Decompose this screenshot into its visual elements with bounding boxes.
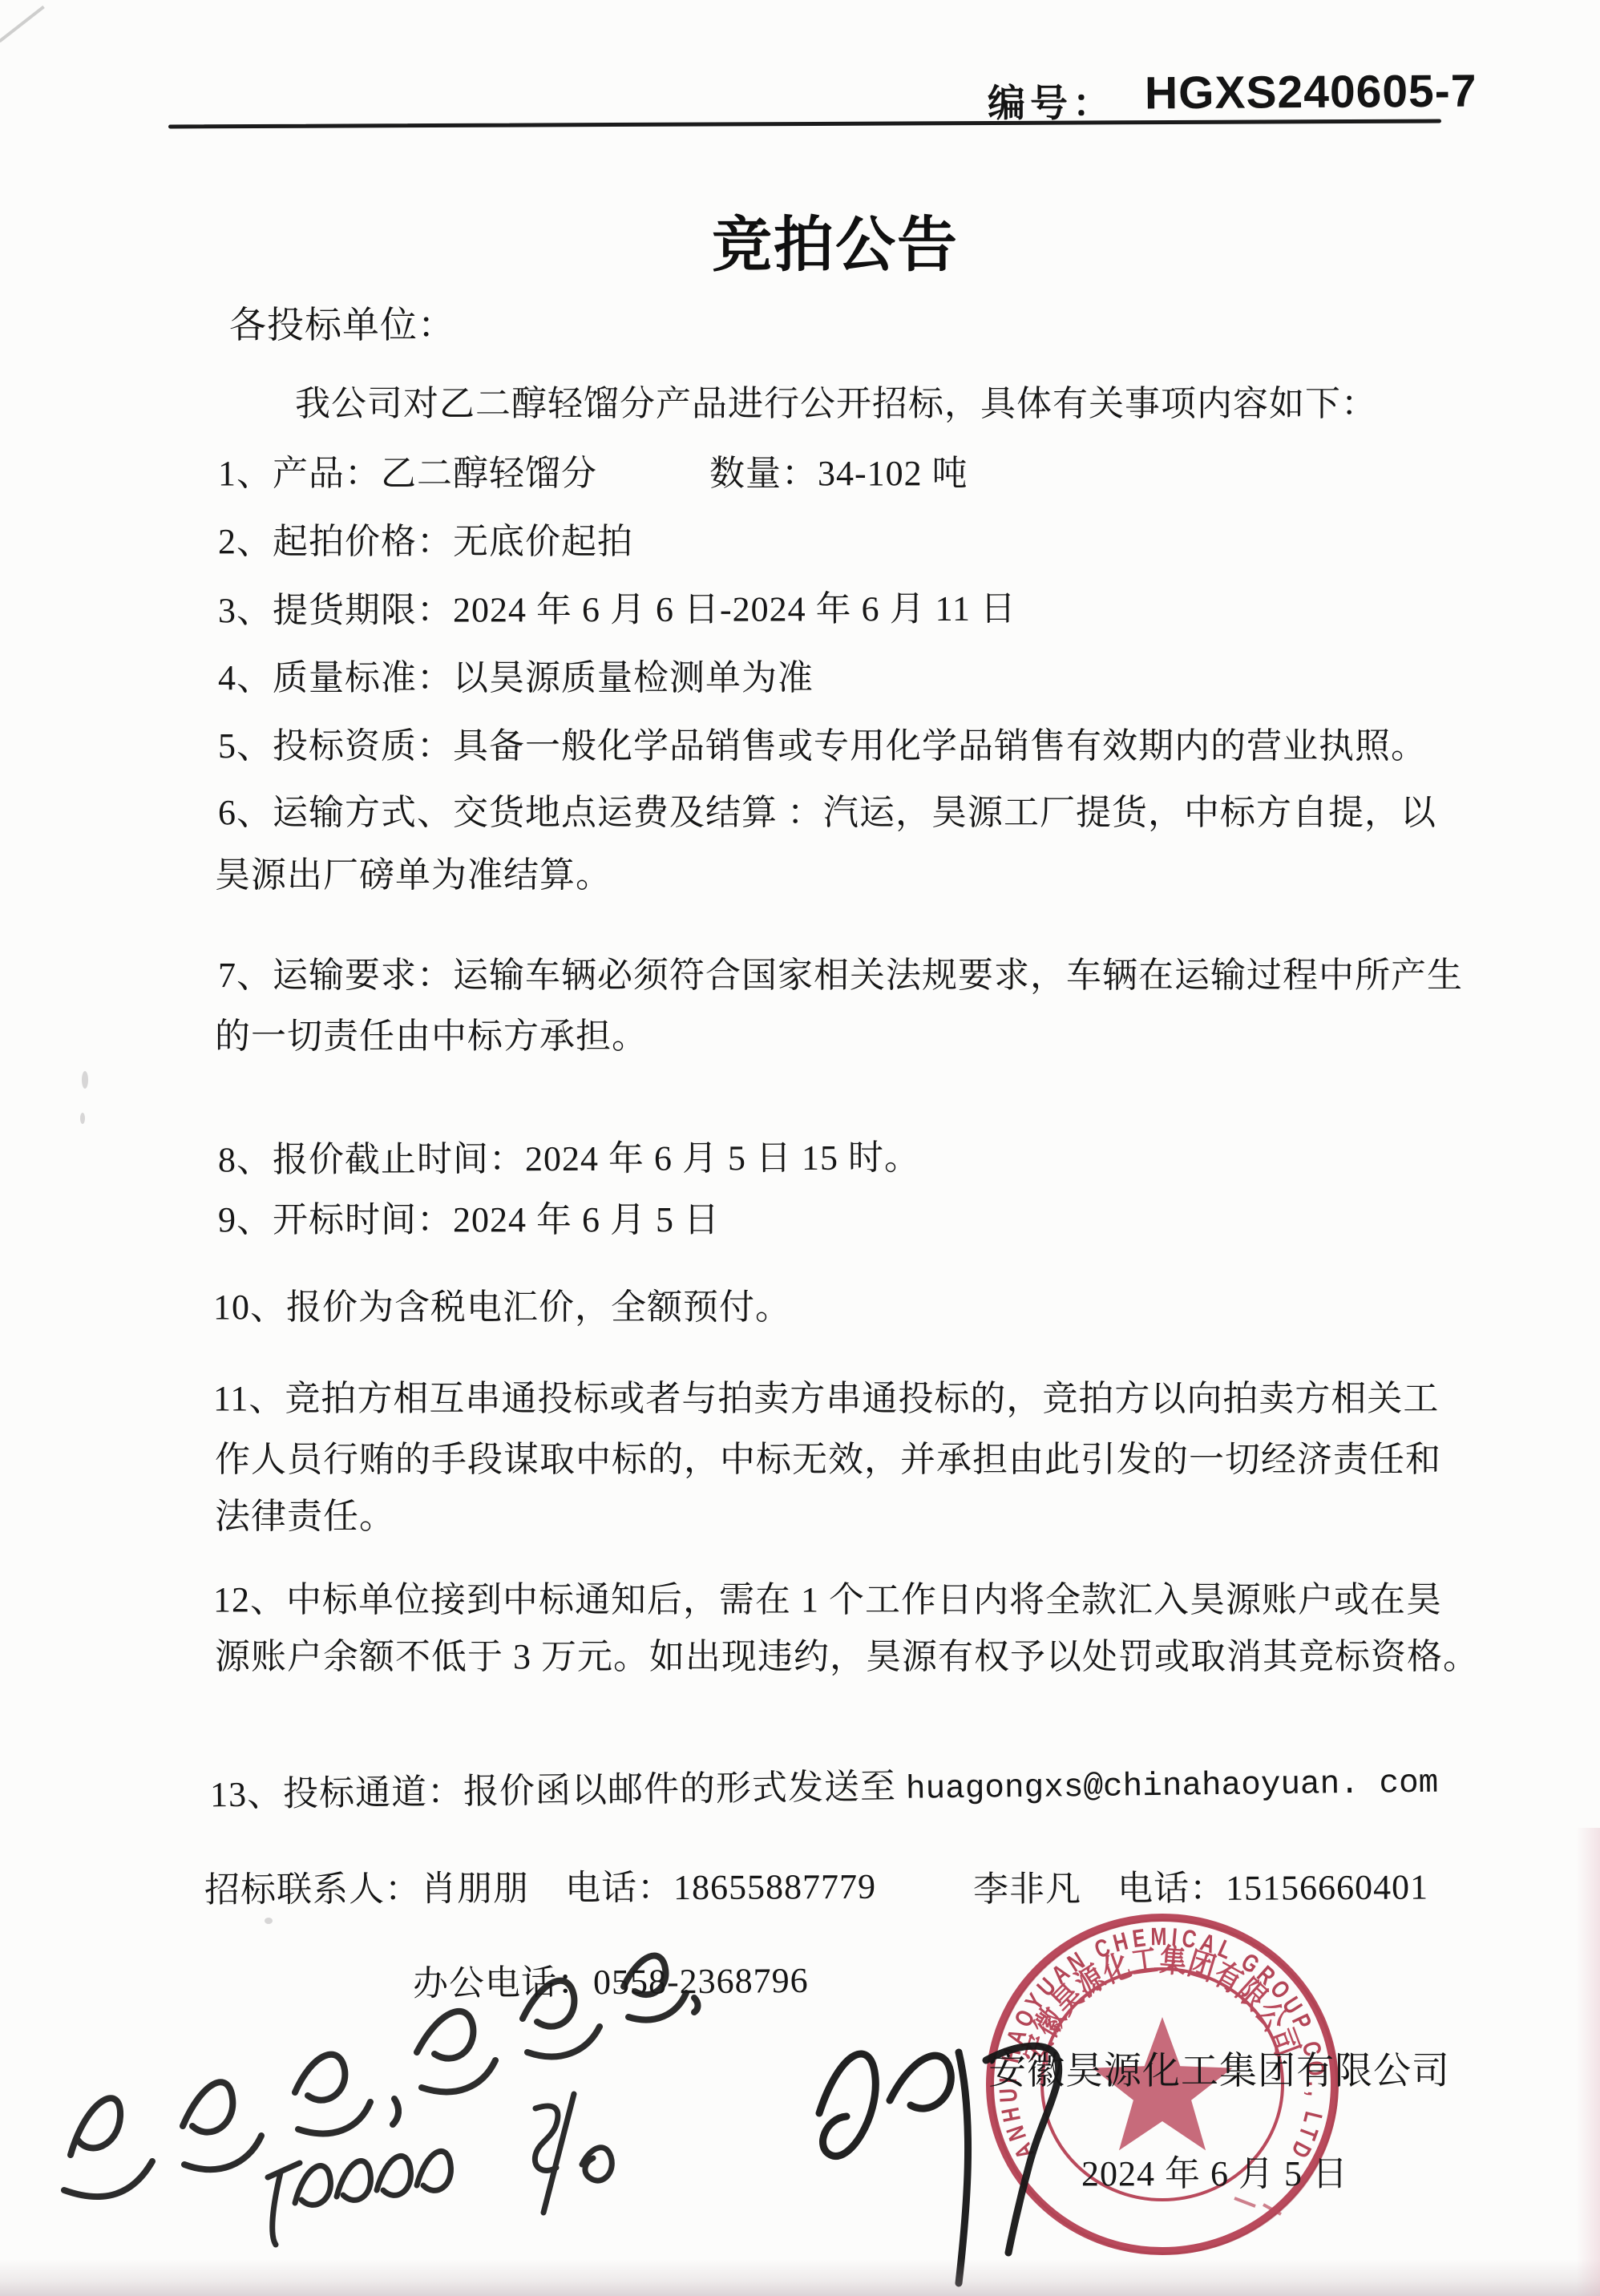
- item-12-line-2: 源账户余额不低于 3 万元。如出现违约，昊源有权予以处罚或取消其竞标资格。: [215, 1636, 1479, 1679]
- item-9: 9、开标时间：2024 年 6 月 5 日: [218, 1199, 720, 1242]
- item-11-line-3: 法律责任。: [215, 1496, 395, 1538]
- doc-number-label: 编号：: [988, 74, 1115, 127]
- item-7-line-2: 的一切责任由中标方承担。: [215, 1016, 648, 1058]
- intro-paragraph: 我公司对乙二醇轻馏分产品进行公开招标，具体有关事项内容如下：: [295, 383, 1377, 426]
- scan-corner-mark: [0, 6, 45, 42]
- contact-left: 招标联系人：肖朋朋 电话：18655887779: [204, 1866, 876, 1912]
- page-title: 竞拍公告: [712, 197, 959, 283]
- handwritten-signature-left: [268, 2094, 612, 2245]
- item-2: 2、起拍价格：无底价起拍: [218, 521, 633, 564]
- scan-speck: [80, 1113, 85, 1124]
- item-13-text: 13、投标通道：报价函以邮件的形式发送至: [210, 1767, 907, 1815]
- seal-chinese-text: 安徽昊源化工集团有限公司: [1017, 1942, 1306, 2067]
- item-11-line-1: 11、竞拍方相互串通投标或者与拍卖方串通投标的，竞拍方以向拍卖方相关工: [213, 1378, 1439, 1421]
- item-11-line-2: 作人员行贿的手段谋取中标的，中标无效，并承担由此引发的一切经济责任和: [215, 1439, 1441, 1481]
- seal-english-text: ANHUI HAOYUAN CHEMICAL GROUP CO., LTD: [994, 1922, 1331, 2166]
- item-6-line-2: 昊源出厂磅单为准结算。: [215, 855, 612, 897]
- scan-speck: [82, 1071, 88, 1089]
- item-5: 5、投标资质：具备一般化学品销售或专用化学品销售有效期内的营业执照。: [218, 726, 1427, 768]
- signoff-date: 2024 年 6 月 5 日: [1081, 2153, 1348, 2196]
- item-10: 10、报价为含税电汇价，全额预付。: [213, 1287, 791, 1329]
- scan-speck: [265, 1918, 273, 1924]
- scan-bottom-shadow: [0, 2259, 1600, 2296]
- salutation: 各投标单位：: [229, 303, 455, 347]
- item-6-line-1: 6、运输方式、交货地点运费及结算 ：汽运，昊源工厂提货，中标方自提，以: [218, 792, 1436, 835]
- item-3: 3、提货期限：2024 年 6 月 6 日-2024 年 6 月 11 日: [218, 588, 1016, 633]
- doc-number-value: HGXS240605-7: [1145, 65, 1477, 120]
- contact-right: 李非凡 电话：15156660401: [973, 1867, 1428, 1912]
- item-8: 8、报价截止时间：2024 年 6 月 5 日 15 时。: [218, 1137, 920, 1182]
- item-13: 13、投标通道：报价函以邮件的形式发送至 huagongxs@chinahaoy…: [210, 1760, 1439, 1819]
- item-1-product: 1、产品：乙二醇轻馏分: [218, 454, 597, 493]
- item-1: 1、产品：乙二醇轻馏分数量：34-102 吨: [218, 453, 968, 495]
- scan-edge-streak: [1576, 1828, 1600, 2296]
- seal-serial-marks: [1234, 2198, 1281, 2214]
- item-7-line-1: 7、运输要求：运输车辆必须符合国家相关法规要求，车辆在运输过程中所产生: [218, 955, 1463, 997]
- scanned-auction-notice: 编号： HGXS240605-7 竞拍公告 各投标单位： 我公司对乙二醇轻馏分产…: [0, 0, 1600, 2296]
- item-13-email: huagongxs@chinahaoyuan. com: [906, 1765, 1439, 1809]
- signoff-company: 安徽昊源化工集团有限公司: [988, 2049, 1450, 2094]
- header-rule: [168, 119, 1441, 129]
- item-4: 4、质量标准：以昊源质量检测单为准: [218, 657, 814, 700]
- item-12-line-1: 12、中标单位接到中标通知后，需在 1 个工作日内将全款汇入昊源账户或在昊: [213, 1579, 1442, 1622]
- office-phone: 办公电话：0558-2368796: [413, 1960, 809, 2006]
- item-1-quantity: 数量：34-102 吨: [709, 454, 968, 493]
